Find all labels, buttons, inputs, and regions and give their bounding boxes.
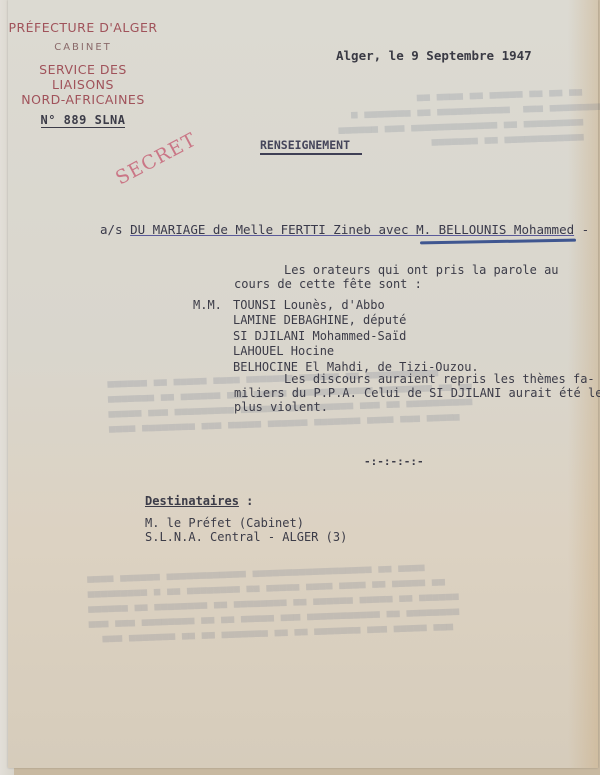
paragraph-orators: Les orateurs qui ont pris la parole auco… xyxy=(284,263,559,291)
recipients-heading: Destinataires : xyxy=(145,494,253,508)
speaker-item: LAMINE DEBAGHINE, député xyxy=(233,313,479,328)
service-name-line2: NORD-AFRICAINES xyxy=(8,92,158,107)
service-name-line1: SERVICE DES LIAISONS xyxy=(8,62,158,92)
cabinet-label: CABINET xyxy=(8,42,158,53)
recipient-item: M. le Préfet (Cabinet) xyxy=(145,516,347,530)
separator: -:-:-:-:- xyxy=(364,455,424,468)
prefecture-name: PRÉFECTURE D'ALGER xyxy=(8,20,158,35)
subject-line: a/s DU MARIAGE de Melle FERTTI Zineb ave… xyxy=(100,222,589,237)
paragraph-line: cours de cette fête sont : xyxy=(234,277,559,291)
recipients-list: M. le Préfet (Cabinet) S.L.N.A. Central … xyxy=(145,516,347,544)
paragraph-speeches: Les discours auraient repris les thèmes … xyxy=(284,372,600,414)
reference-number: N° 889 SLNA xyxy=(41,113,126,128)
secret-stamp: SECRET xyxy=(112,129,200,190)
paragraph-line: plus violent. xyxy=(234,400,600,414)
paragraph-line: Les discours auraient repris les thèmes … xyxy=(284,372,600,386)
pen-underline xyxy=(420,239,576,245)
document-heading: RENSEIGNEMENT xyxy=(260,138,362,155)
subject-suffix: - xyxy=(582,222,590,237)
recipients-colon: : xyxy=(246,494,253,508)
speaker-item: TOUNSI Lounès, d'Abbo xyxy=(233,298,479,313)
speakers-list: M.M. TOUNSI Lounès, d'Abbo LAMINE DEBAGH… xyxy=(233,298,479,375)
document-page: ■■ ■■■■ ■■ ■■■■■ ■■ ■■ ■■ ■ ■■■■■■■ ■■ ■… xyxy=(8,0,598,768)
bleed-through-text: ■■■■ ■■■■■■ ■■■■■■■■■■■■ ■■■■■■■■■■■■■■■… xyxy=(87,559,460,647)
paragraph-line: Les orateurs qui ont pris la parole au xyxy=(284,263,559,277)
paragraph-line: miliers du P.P.A. Celui de SI DJILANI au… xyxy=(234,386,600,400)
date-line: Alger, le 9 Septembre 1947 xyxy=(336,48,532,63)
speaker-item: LAHOUEL Hocine xyxy=(233,344,479,359)
letterhead: PRÉFECTURE D'ALGER CABINET SERVICE DES L… xyxy=(8,20,158,128)
recipients-title: Destinataires xyxy=(145,494,239,508)
subject-text: DU MARIAGE de Melle FERTTI Zineb avec M.… xyxy=(130,222,574,237)
subject-prefix: a/s xyxy=(100,222,123,237)
speakers-label: M.M. xyxy=(193,298,222,313)
bleed-through-text: ■■ ■■■■ ■■ ■■■■■ ■■ ■■ ■■ ■ ■■■■■■■ ■■ ■… xyxy=(337,83,600,152)
speaker-item: SI DJILANI Mohammed-Saïd xyxy=(233,329,479,344)
recipient-item: S.L.N.A. Central - ALGER (3) xyxy=(145,530,347,544)
